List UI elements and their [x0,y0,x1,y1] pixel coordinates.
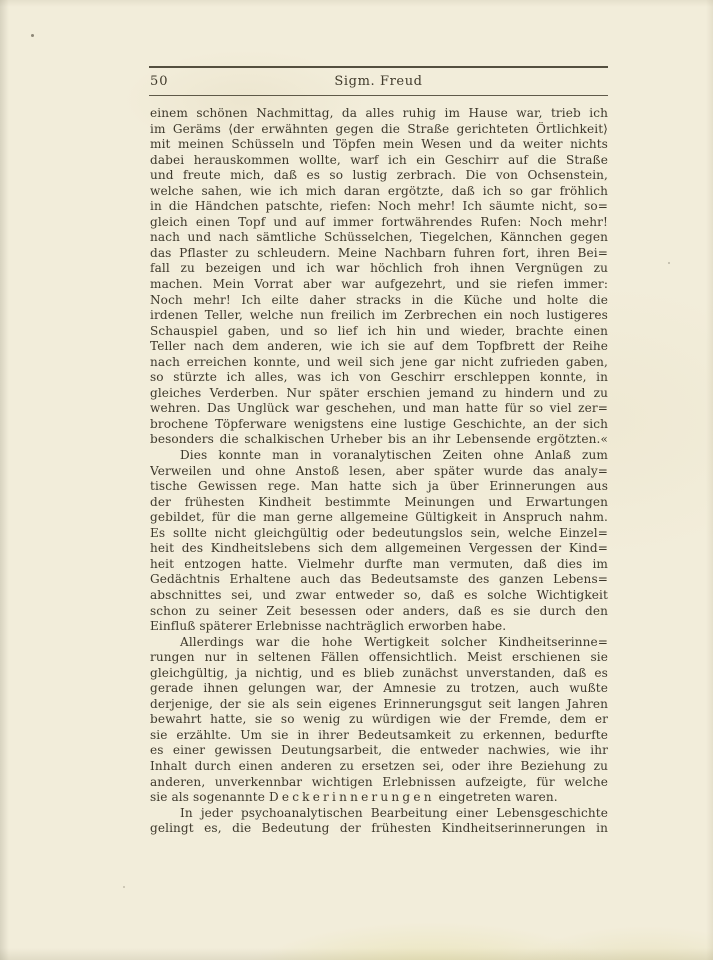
book-page: 50 Sigm. Freud einem schönen Nachmittag,… [0,0,713,960]
text-line: Es sollte nicht gleichgültig oder bedeut… [150,526,608,542]
text-line: sie als sogenannte Deckerinnerungen eing… [150,790,608,806]
dust-speck [668,262,670,264]
text-line: sie erzählte. Um sie in ihrer Bedeutsamk… [150,728,608,744]
text-line: wehren. Das Unglück war geschehen, und m… [150,401,608,417]
header-row: 50 Sigm. Freud [149,71,608,93]
text-line: derjenige, der sie als sein eigenes Erin… [150,697,608,713]
header-rule-top [149,66,608,68]
text-line: irdenen Teller, welche nun freilich im Z… [150,308,608,324]
dust-speck [123,886,125,888]
text-line: rungen nur in seltenen Fällen offensicht… [150,650,608,666]
header-rule-bottom [149,95,608,96]
text-line: machen. Mein Vorrat aber war aufgezehrt,… [150,277,608,293]
text-line: nach erreichen konnte, und weil sich jen… [150,355,608,371]
text-line: im Geräms ⟨der erwähnten gegen die Straß… [150,122,608,138]
running-title: Sigm. Freud [149,74,608,89]
text-line: abschnittes sei, und zwar entweder so, d… [150,588,608,604]
text-line: bewahrt hatte, sie so wenig zu würdigen … [150,712,608,728]
text-line: brochene Töpferware wenigstens eine lust… [150,417,608,433]
text-line: Dies konnte man in voranalytischen Zeite… [150,448,608,464]
text-line: mit meinen Schüsseln und Töpfen mein Wes… [150,137,608,153]
text-line: gebildet, für die man gerne allgemeine G… [150,510,608,526]
text-line: tische Gewissen rege. Man hatte sich ja … [150,479,608,495]
text-line: Allerdings war die hohe Wertigkeit solch… [150,635,608,651]
text-line: welche sahen, wie ich mich daran ergötzt… [150,184,608,200]
text-line: Teller nach dem anderen, wie ich sie auf… [150,339,608,355]
text-line: gerade ihnen gelungen war, der Amnesie z… [150,681,608,697]
text-line: In jeder psychoanalytischen Bearbeitung … [150,806,608,822]
text-line: nach und nach sämtliche Schüsselchen, Ti… [150,230,608,246]
text-line: Einfluß späterer Erlebnisse nachträglich… [150,619,608,635]
dust-speck [31,34,34,37]
text-line: gleiches Verderben. Nur später erschien … [150,386,608,402]
text-line: Gedächtnis Erhaltene auch das Bedeutsams… [150,572,608,588]
text-line: der frühesten Kindheit bestimmte Meinung… [150,495,608,511]
text-line: heit des Kindheitslebens sich dem allgem… [150,541,608,557]
text-line: das Pflaster zu schleudern. Meine Nachba… [150,246,608,262]
text-line: fall zu bezeigen und ich war höchlich fr… [150,261,608,277]
text-line: heit entzogen hatte. Vielmehr durfte man… [150,557,608,573]
text-line: Verweilen und ohne Anstoß lesen, aber sp… [150,464,608,480]
text-line: Noch mehr! Ich eilte daher stracks in di… [150,293,608,309]
text-line: schon zu seiner Zeit besessen oder ander… [150,604,608,620]
text-line: besonders die schalkischen Urheber bis a… [150,432,608,448]
text-line: es einer gewissen Deutungsarbeit, die en… [150,743,608,759]
text-line: gleichgültig, ja nichtig, und es blieb z… [150,666,608,682]
text-line: anderen, unverkennbar wichtigen Erlebnis… [150,775,608,791]
text-line: Schauspiel gaben, und so lief ich hin un… [150,324,608,340]
text-line: Inhalt durch einen anderen zu ersetzen s… [150,759,608,775]
text-line: und freute mich, daß es so lustig zerbra… [150,168,608,184]
text-line: einem schönen Nachmittag, da alles ruhig… [150,106,608,122]
text-line: gleich einen Topf und auf immer fortwähr… [150,215,608,231]
text-line: gelingt es, die Bedeutung der frühesten … [150,821,608,837]
letterspaced-term: Deckerinnerungen [269,790,435,804]
text-line: in die Händchen patschte, riefen: Noch m… [150,199,608,215]
text-line: dabei herauskommen wollte, warf ich ein … [150,153,608,169]
body-text: einem schönen Nachmittag, da alles ruhig… [150,106,608,837]
text-line: so stürzte ich alles, was ich von Geschi… [150,370,608,386]
